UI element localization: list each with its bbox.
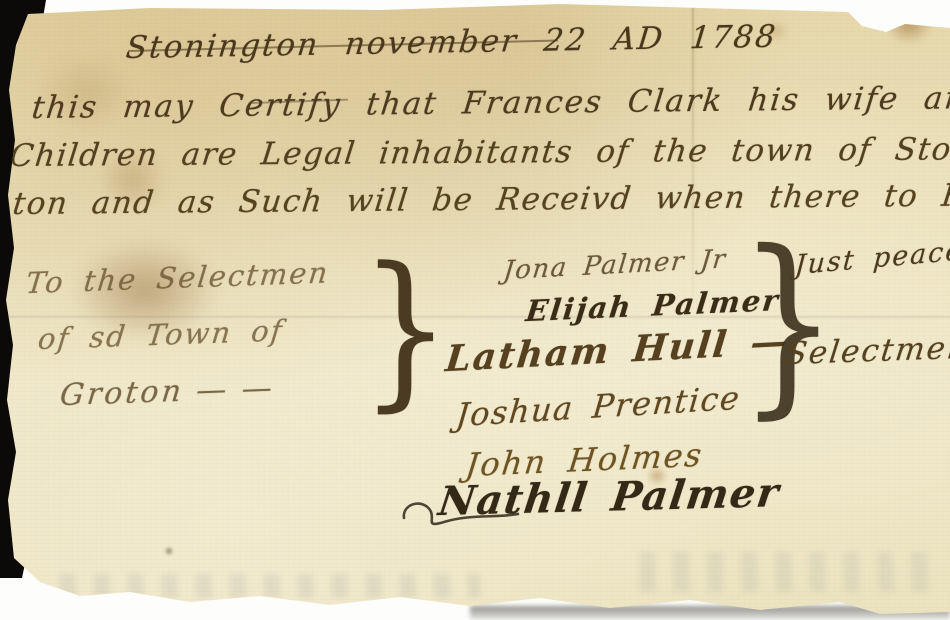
address-line-2: of sd Town of — [36, 313, 285, 356]
address-line-1: To the Selectmen — [24, 255, 331, 300]
body-line-1: this may Certify that Frances Clark his … — [30, 80, 950, 126]
stain-top-right-corner — [886, 6, 932, 44]
bleedthrough-marks-left — [60, 574, 480, 598]
body-line-2: Children are Legal inhabitants of the to… — [8, 131, 950, 174]
address-line-3: Groton — — — [58, 371, 276, 414]
manuscript-paper: Stonington november 22 AD 1788 this may … — [0, 0, 950, 620]
signature-joshua-prentice: Joshua Prentice — [454, 379, 742, 435]
bleedthrough-marks-right — [640, 552, 940, 592]
address-brace: } — [360, 258, 451, 401]
scanned-document-view: Stonington november 22 AD 1788 this may … — [0, 0, 950, 620]
role-label-selectmen: Selectmen — [784, 330, 950, 373]
signature-nathll-palmer: Nathll Palmer — [436, 469, 783, 525]
signature-jona-palmer: Jona Palmer Jr — [502, 244, 728, 286]
stain-speck-bottom-left — [164, 546, 174, 556]
